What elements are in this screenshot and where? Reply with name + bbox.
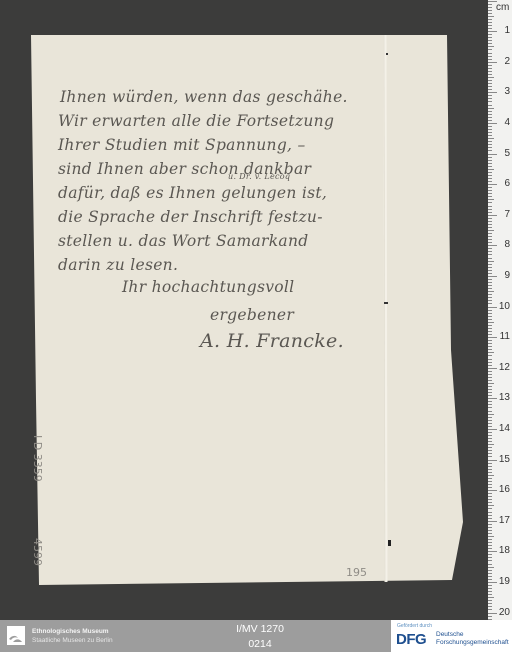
ruler-tick	[488, 53, 492, 54]
ruler-tick	[488, 22, 492, 23]
ruler-tick	[488, 49, 492, 50]
ruler-unit: cm	[496, 2, 509, 13]
letter-line-2: Wir erwarten alle die Fortsetzung	[58, 112, 334, 130]
ruler-tick	[488, 248, 492, 249]
ruler-tick	[488, 530, 492, 531]
ruler-tick	[488, 74, 492, 75]
page-number: 0214	[200, 638, 320, 650]
ruler-tick	[488, 92, 497, 93]
ruler-tick	[488, 245, 497, 246]
ruler-tick	[488, 261, 494, 262]
ruler-tick	[488, 193, 492, 194]
ruler-tick	[488, 111, 492, 112]
ruler-tick	[488, 594, 492, 595]
letter-page: Ihnen würden, wenn das geschähe. Wir erw…	[0, 0, 488, 620]
funder-name-line2: Forschungsgemeinschaft	[436, 639, 509, 646]
ruler-tick	[488, 453, 492, 454]
ruler-tick	[488, 469, 492, 470]
letter-line-6: die Sprache der Inschrift festzu-	[58, 208, 323, 226]
ruler-tick	[488, 337, 497, 338]
letter-line-7: stellen u. das Wort Samarkand	[58, 232, 308, 250]
ruler-tick	[488, 417, 492, 418]
ruler-tick	[488, 65, 492, 66]
ruler-tick	[488, 166, 492, 167]
ruler-tick	[488, 606, 492, 607]
ruler-tick	[488, 251, 492, 252]
ruler-tick	[488, 533, 492, 534]
ruler-tick	[488, 86, 492, 87]
ruler-tick	[488, 154, 497, 155]
ruler-tick	[488, 239, 492, 240]
ruler-tick	[488, 13, 492, 14]
ruler-tick	[488, 551, 497, 552]
ruler-tick	[488, 450, 492, 451]
ruler-tick	[488, 435, 492, 436]
ruler-tick	[488, 447, 492, 448]
ruler-tick	[488, 141, 492, 142]
ruler-tick	[488, 346, 492, 347]
ruler-tick	[488, 144, 492, 145]
ruler-tick	[488, 567, 494, 568]
ruler-tick	[488, 254, 492, 255]
ruler-tick	[488, 505, 494, 506]
ruler-tick	[488, 493, 492, 494]
ruler-tick	[488, 371, 492, 372]
ruler-tick	[488, 548, 492, 549]
ruler-tick	[488, 609, 492, 610]
ruler-tick	[488, 221, 492, 222]
ruler-tick	[488, 7, 492, 8]
ruler-tick	[488, 16, 494, 17]
ruler-tick	[488, 108, 494, 109]
ruler-tick	[488, 585, 492, 586]
ruler-tick	[488, 487, 492, 488]
ruler-tick	[488, 478, 492, 479]
ruler-tick	[488, 377, 492, 378]
ruler-tick	[488, 460, 497, 461]
ruler-tick	[488, 441, 492, 442]
ruler-tick	[488, 138, 494, 139]
museum-name: Ethnologisches Museum	[32, 628, 109, 635]
ruler-tick	[488, 282, 492, 283]
ruler-tick	[488, 150, 492, 151]
ruler-tick	[488, 404, 492, 405]
ruler-tick	[488, 114, 492, 115]
ruler-tick	[488, 28, 492, 29]
funder-name-line1: Deutsche	[436, 631, 463, 638]
ruler-tick	[488, 288, 492, 289]
ruler-tick	[488, 147, 492, 148]
ruler-tick	[488, 432, 492, 433]
ruler-tick	[488, 77, 494, 78]
ruler-label: 15	[499, 455, 510, 465]
ruler-tick	[488, 579, 492, 580]
ruler-tick	[488, 426, 492, 427]
ruler-tick	[488, 157, 492, 158]
ruler-tick	[488, 331, 492, 332]
ruler-tick	[488, 414, 494, 415]
ruler-label: 5	[504, 149, 510, 159]
ruler-tick	[488, 270, 492, 271]
ruler-tick	[488, 101, 492, 102]
ruler-tick	[488, 19, 492, 20]
ruler-tick	[488, 10, 492, 11]
ruler-tick	[488, 359, 492, 360]
ruler-tick	[488, 325, 492, 326]
ruler-tick	[488, 508, 492, 509]
ruler-tick	[488, 202, 492, 203]
ruler-tick	[488, 576, 492, 577]
ruler-tick	[488, 105, 492, 106]
ruler-tick	[488, 389, 492, 390]
ruler-tick	[488, 456, 492, 457]
ruler-label: 10	[499, 302, 510, 312]
ruler-label: 14	[499, 424, 510, 434]
ruler-tick	[488, 279, 492, 280]
ruler-tick	[488, 300, 492, 301]
letter-closing-2: ergebener	[210, 306, 294, 324]
ruler-tick	[488, 398, 497, 399]
dfg-logo-icon: DFG	[396, 631, 426, 648]
ruler-tick	[488, 444, 494, 445]
ruler-label: 18	[499, 546, 510, 556]
pencil-note-margin-2: 4599	[31, 538, 44, 566]
ruler-tick	[488, 230, 494, 231]
ruler-label: 6	[504, 179, 510, 189]
ruler-tick	[488, 25, 492, 26]
ruler-tick	[488, 123, 497, 124]
ruler-tick	[488, 380, 492, 381]
ruler-tick	[488, 236, 492, 237]
ruler-tick	[488, 68, 492, 69]
ruler-tick	[488, 521, 497, 522]
ruler-label: 20	[499, 608, 510, 618]
ruler-tick	[488, 285, 492, 286]
ruler-tick	[488, 181, 492, 182]
ruler-tick	[488, 429, 497, 430]
ruler-tick	[488, 46, 494, 47]
letter-closing: Ihr hochachtungsvoll	[122, 278, 294, 296]
ruler-tick	[488, 368, 497, 369]
ruler-tick	[488, 80, 492, 81]
ruler-tick	[488, 407, 492, 408]
ruler-tick	[488, 1, 497, 2]
ruler-tick	[488, 291, 494, 292]
ruler-tick	[488, 490, 497, 491]
ruler-tick	[488, 40, 492, 41]
ruler-tick	[488, 319, 492, 320]
ruler-tick	[488, 160, 492, 161]
ruler-tick	[488, 187, 492, 188]
ruler-tick	[488, 334, 492, 335]
ruler-tick	[488, 242, 492, 243]
letter-line-3: Ihrer Studien mit Spannung, –	[58, 136, 306, 154]
pencil-folio-number: 195	[346, 566, 367, 579]
ruler-tick	[488, 175, 492, 176]
ruler-label: 7	[504, 210, 510, 220]
funding-label: Gefördert durch	[397, 623, 432, 629]
ruler-label: 12	[499, 363, 510, 373]
ruler-tick	[488, 383, 494, 384]
ruler-tick	[488, 616, 492, 617]
ruler-tick	[488, 512, 492, 513]
ruler-tick	[488, 536, 494, 537]
ruler-tick	[488, 117, 492, 118]
ruler-tick	[488, 539, 492, 540]
ruler-tick	[488, 542, 492, 543]
ruler-tick	[488, 98, 492, 99]
ruler-tick	[488, 527, 492, 528]
ruler-tick	[488, 71, 492, 72]
ruler-tick	[488, 258, 492, 259]
letter-line-1: Ihnen würden, wenn das geschähe.	[60, 88, 348, 106]
ruler-tick	[488, 126, 492, 127]
letter-line-5: dafür, daß es Ihnen gelungen ist,	[58, 184, 327, 202]
ruler-tick	[488, 310, 492, 311]
museum-subtitle: Staatliche Museen zu Berlin	[32, 637, 113, 644]
ruler-tick	[488, 564, 492, 565]
ruler-tick	[488, 349, 492, 350]
ruler-tick	[488, 43, 492, 44]
ruler-label: 11	[500, 332, 510, 342]
ruler-tick	[488, 401, 492, 402]
ruler-tick	[488, 524, 492, 525]
signature: A. H. Francke.	[200, 330, 344, 352]
ruler-tick	[488, 264, 492, 265]
ruler-tick	[488, 37, 492, 38]
ruler-label: 2	[504, 57, 510, 67]
ruler-tick	[488, 83, 492, 84]
ruler-tick	[488, 591, 492, 592]
ruler-tick	[488, 178, 492, 179]
ruler-tick	[488, 227, 492, 228]
ruler-tick	[488, 59, 492, 60]
ruler-tick	[488, 62, 497, 63]
ruler-tick	[488, 4, 492, 5]
ruler-tick	[488, 215, 497, 216]
ruler-tick	[488, 313, 492, 314]
ruler-label: 17	[499, 516, 510, 526]
ruler-tick	[488, 276, 497, 277]
ruler-label: 19	[499, 577, 510, 587]
ruler-tick	[488, 392, 492, 393]
ruler-tick	[488, 362, 492, 363]
letter-line-8: darin zu lesen.	[58, 256, 178, 274]
ruler-tick	[488, 499, 492, 500]
ruler-tick	[488, 365, 492, 366]
ruler-tick	[488, 355, 492, 356]
ruler-tick	[488, 267, 492, 268]
ruler-tick	[488, 184, 497, 185]
ruler-tick	[488, 395, 492, 396]
ruler-tick	[488, 411, 492, 412]
ruler-tick	[488, 199, 494, 200]
ruler-tick	[488, 135, 492, 136]
ruler-tick	[488, 328, 492, 329]
ruler-tick	[488, 172, 492, 173]
ruler-tick	[488, 554, 492, 555]
ruler-tick	[488, 212, 492, 213]
ruler-tick	[488, 343, 492, 344]
ruler-tick	[488, 322, 494, 323]
ruler-tick	[488, 573, 492, 574]
ruler-tick	[488, 303, 492, 304]
ruler-tick	[488, 34, 492, 35]
ruler-tick	[488, 597, 494, 598]
ruler-tick	[488, 466, 492, 467]
ruler-tick	[488, 352, 494, 353]
ruler-tick	[488, 463, 492, 464]
ruler-tick	[488, 472, 492, 473]
ruler-tick	[488, 423, 492, 424]
ruler-tick	[488, 218, 492, 219]
ruler-tick	[488, 515, 492, 516]
ruler-tick	[488, 120, 492, 121]
ruler-tick	[488, 438, 492, 439]
ruler-label: 1	[504, 26, 510, 36]
ruler-tick	[488, 570, 492, 571]
ruler-tick	[488, 588, 492, 589]
ruler-tick	[488, 340, 492, 341]
ruler-tick	[488, 206, 492, 207]
ruler-tick	[488, 129, 492, 130]
ruler-tick	[488, 502, 492, 503]
ruler-tick	[488, 481, 492, 482]
ruler-tick	[488, 132, 492, 133]
ruler-tick	[488, 475, 494, 476]
ruler-tick	[488, 163, 492, 164]
ruler-label: 4	[504, 118, 510, 128]
pencil-note-margin-1: I D 3359	[31, 435, 44, 482]
ruler-tick	[488, 374, 492, 375]
ruler-tick	[488, 582, 497, 583]
ruler-tick	[488, 233, 492, 234]
ruler-tick	[488, 560, 492, 561]
ruler-label: 8	[504, 240, 510, 250]
ruler-tick	[488, 169, 494, 170]
ruler-tick	[488, 484, 492, 485]
ruler-tick	[488, 316, 492, 317]
ruler-tick	[488, 56, 492, 57]
ruler-tick	[488, 31, 497, 32]
ruler-label: 9	[504, 271, 510, 281]
ruler-tick	[488, 294, 492, 295]
footer-bar: Ethnologisches Museum Staatliche Museen …	[0, 620, 512, 652]
ruler-tick	[488, 196, 492, 197]
ruler-tick	[488, 190, 492, 191]
ruler-label: 3	[504, 87, 510, 97]
ruler-tick	[488, 297, 492, 298]
ruler-tick	[488, 613, 497, 614]
ruler-tick	[488, 307, 497, 308]
ruler-tick	[488, 420, 492, 421]
ruler-tick	[488, 224, 492, 225]
cm-ruler: cm 1234567891011121314151617181920	[488, 0, 512, 620]
ruler-tick	[488, 600, 492, 601]
ruler-tick	[488, 545, 492, 546]
ruler-tick	[488, 386, 492, 387]
interlinear-insertion: u. Dr. v. Lecoq	[228, 172, 290, 181]
ruler-tick	[488, 89, 492, 90]
ruler-tick	[488, 557, 492, 558]
ruler-tick	[488, 95, 492, 96]
ruler-label: 13	[499, 393, 510, 403]
ruler-tick	[488, 518, 492, 519]
museum-logo-icon	[7, 626, 25, 645]
funder-badge: Gefördert durch DFG Deutsche Forschungsg…	[391, 620, 512, 652]
inventory-number: I/MV 1270	[200, 623, 320, 635]
ruler-tick	[488, 273, 492, 274]
ruler-tick	[488, 209, 492, 210]
ruler-label: 16	[499, 485, 510, 495]
ruler-tick	[488, 603, 492, 604]
ruler-tick	[488, 496, 492, 497]
